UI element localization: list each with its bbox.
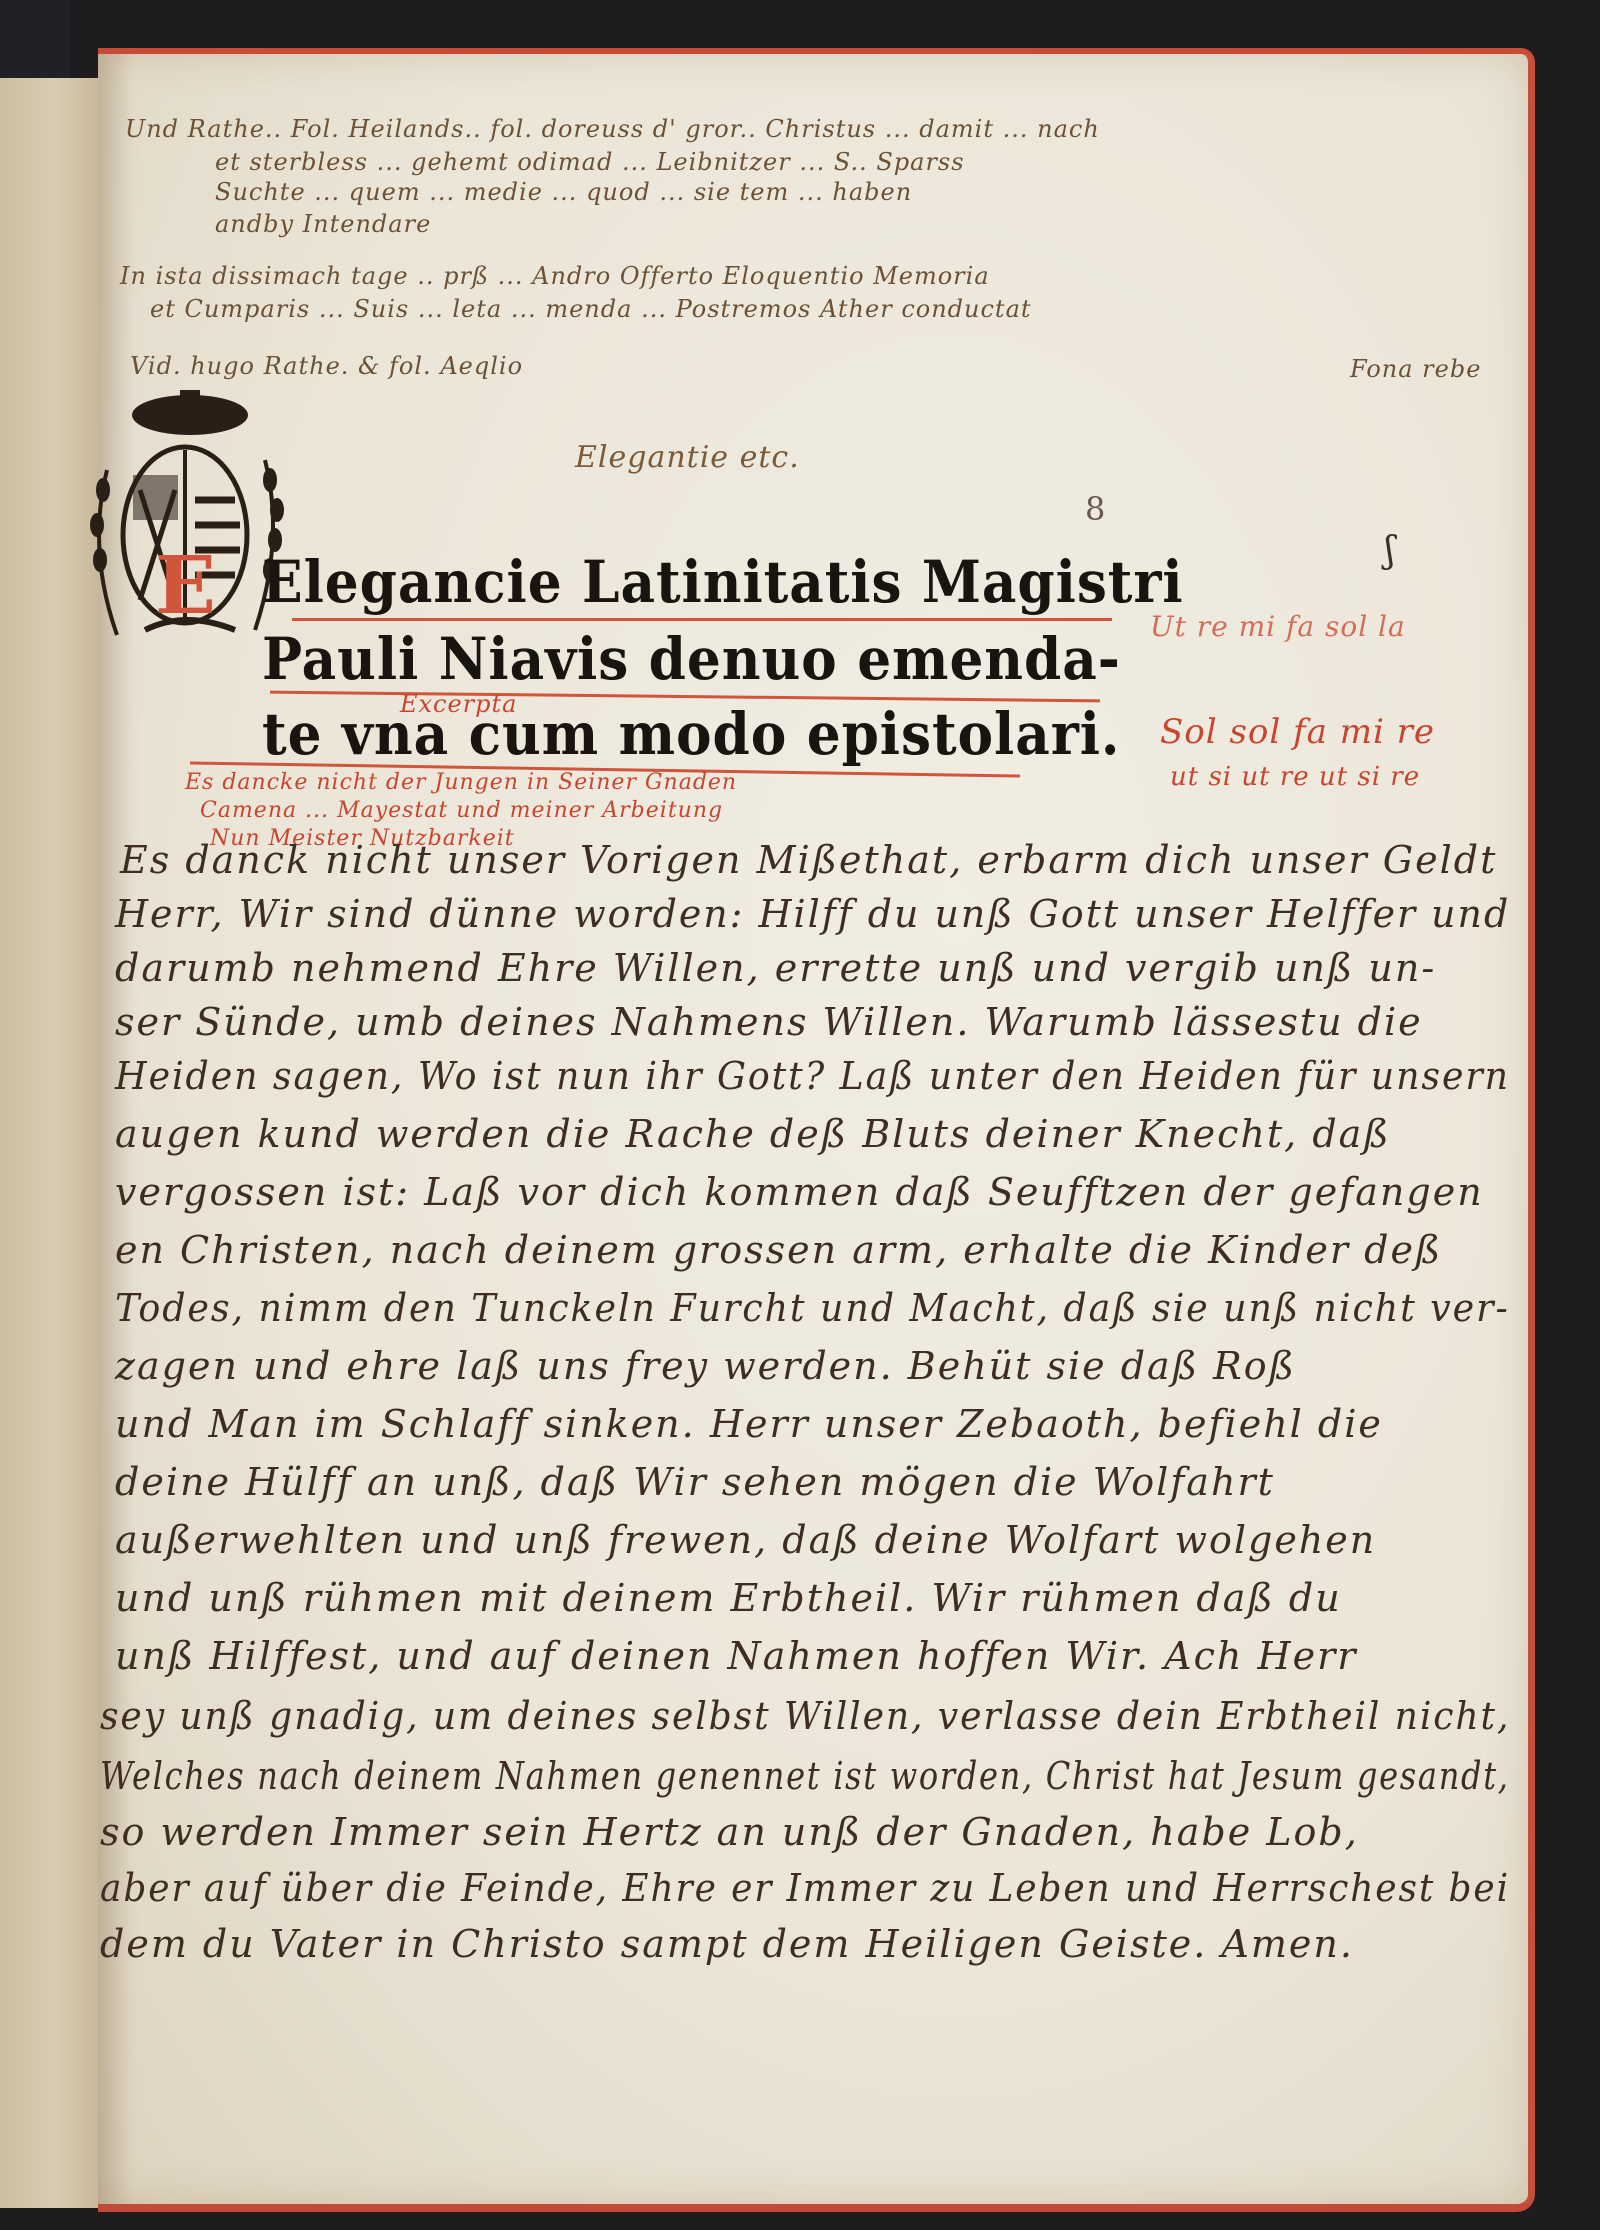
- body-line: Welches nach deinem Nahmen genennet ist …: [100, 1754, 1510, 1798]
- top-annotation-line: Vid. hugo Rathe. & fol. Aeqlio: [130, 352, 523, 380]
- body-line: unß Hilffest, und auf deinen Nahmen hoff…: [115, 1634, 1357, 1678]
- printed-title-line-3: te vna cum modo epistolari.: [262, 700, 1120, 768]
- printed-title-line-1: Elegancie Latinitatis Magistri: [262, 548, 1184, 616]
- body-line: deine Hülff an unß, daß Wir sehen mögen …: [115, 1460, 1275, 1504]
- red-annotation-excerpta: Excerpta: [400, 690, 518, 718]
- top-annotation-line: Fona rebe: [1350, 355, 1481, 383]
- top-annotation-line: et Cumparis ... Suis ... leta ... menda …: [150, 295, 1032, 323]
- body-line: außerwehlten und unß frewen, daß deine W…: [115, 1518, 1376, 1562]
- printed-title-line-2: Pauli Niavis denuo emenda-: [262, 625, 1121, 693]
- body-line: augen kund werden die Rache deß Bluts de…: [115, 1112, 1391, 1156]
- handwritten-heading: Elegantie etc.: [575, 440, 800, 475]
- top-annotation-line: et sterbless ... gehemt odimad ... Leibn…: [215, 148, 965, 176]
- body-line: und Man im Schlaff sinken. Herr unser Ze…: [115, 1402, 1383, 1446]
- folio-number: 8: [1085, 490, 1105, 528]
- body-line: sey unß gnadig, um deines selbst Willen,…: [100, 1694, 1510, 1738]
- solmization-annotation: Ut re mi fa sol la: [1150, 610, 1406, 643]
- solmization-annotation: ut si ut re ut si re: [1170, 762, 1420, 792]
- red-annotation-line: Camena ... Mayestat und meiner Arbeitung: [200, 798, 723, 823]
- body-line: darumb nehmend Ehre Willen, errette unß …: [115, 946, 1436, 990]
- solmization-annotation: Sol sol fa mi re: [1160, 712, 1435, 752]
- body-line: Heiden sagen, Wo ist nun ihr Gott? Laß u…: [115, 1054, 1510, 1098]
- body-line: en Christen, nach deinem grossen arm, er…: [115, 1228, 1442, 1272]
- rubricated-initial: E: [155, 538, 216, 632]
- body-line: zagen und ehre laß uns frey werden. Behü…: [115, 1344, 1296, 1388]
- top-annotation-line: Suchte ... quem ... medie ... quod ... s…: [215, 178, 912, 206]
- scan-background: [0, 0, 70, 80]
- body-line: und unß rühmen mit deinem Erbtheil. Wir …: [115, 1576, 1342, 1620]
- body-line: vergossen ist: Laß vor dich kommen daß S…: [115, 1170, 1484, 1214]
- rubric-underline: [292, 618, 1112, 621]
- body-line: Es danck nicht unser Vorigen Mißethat, e…: [120, 838, 1497, 882]
- top-annotation-line: Und Rathe.. Fol. Heilands.. fol. doreuss…: [125, 115, 1100, 143]
- top-annotation-line: In ista dissimach tage .. prß ... Andro …: [120, 262, 990, 290]
- body-line: dem du Vater in Christo sampt dem Heilig…: [100, 1922, 1354, 1966]
- body-line: ser Sünde, umb deines Nahmens Willen. Wa…: [115, 1000, 1423, 1044]
- body-line: so werden Immer sein Hertz an unß der Gn…: [100, 1810, 1359, 1854]
- body-line: aber auf über die Feinde, Ehre er Immer …: [100, 1866, 1510, 1910]
- margin-symbol: ʃ: [1385, 530, 1395, 571]
- red-annotation-line: Es dancke nicht der Jungen in Seiner Gna…: [185, 770, 737, 795]
- top-annotation-line: andby Intendare: [215, 210, 431, 238]
- body-line: Todes, nimm den Tunckeln Furcht und Mach…: [115, 1286, 1510, 1330]
- body-line: Herr, Wir sind dünne worden: Hilff du un…: [115, 892, 1510, 936]
